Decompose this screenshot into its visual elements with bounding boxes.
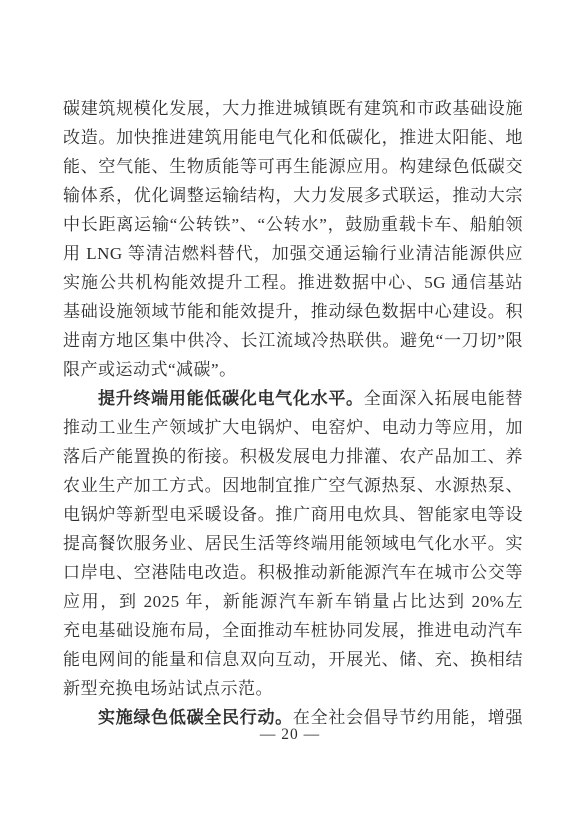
text-line: 提高餐饮服务业、居民生活等终端用能领域电气化水平。实施港 bbox=[63, 529, 523, 558]
text-line: 落后产能置换的衔接。积极发展电力排灌、农产品加工、养殖等 bbox=[63, 442, 523, 471]
text-segment: 输体系，优化调整运输结构，大力发展多式联运，推动大宗货物 bbox=[63, 186, 523, 210]
text-line: 限产或运动式“减碳”。 bbox=[63, 355, 523, 384]
page-number: — 20 — bbox=[260, 726, 320, 743]
text-line: 中长距离运输“公转铁”、“公转水”，鼓励重载卡车、船舶领域使 bbox=[63, 210, 523, 239]
text-segment: 应用，到 2025 年，新能源汽车新车销量占比达到 20%左右。优化 bbox=[63, 592, 523, 616]
text-segment: 进南方地区集中供冷、长江流域冷热联供。避免“一刀切”限电 bbox=[63, 331, 523, 355]
text-segment: 限产或运动式“减碳”。 bbox=[63, 360, 237, 379]
paragraph: 提升终端用能低碳化电气化水平。全面深入拓展电能替代，推动工业生产领域扩大电锅炉、… bbox=[63, 384, 523, 703]
text-segment: 中长距离运输“公转铁”、“公转水”，鼓励重载卡车、船舶领域使 bbox=[63, 215, 523, 239]
text-segment: 能、空气能、生物质能等可再生能源应用。构建绿色低碳交通运 bbox=[63, 157, 523, 181]
text-segment: 碳建筑规模化发展，大力推进城镇既有建筑和市政基础设施节能 bbox=[63, 99, 523, 123]
text-segment: 能电网间的能量和信息双向互动，开展光、储、充、换相结合的 bbox=[63, 650, 523, 674]
text-segment: 改造。加快推进建筑用能电气化和低碳化，推进太阳能、地热 bbox=[63, 128, 523, 152]
text-segment: 实施公共机构能效提升工程。推进数据中心、5G 通信基站等新型 bbox=[63, 273, 523, 297]
text-segment: 新型充换电场站试点示范。 bbox=[63, 679, 273, 698]
text-segment: 农业生产加工方式。因地制宜推广空气源热泵、水源热泵、蓄热 bbox=[63, 476, 523, 500]
text-line: 基础设施领域节能和能效提升，推动绿色数据中心建设。积极推 bbox=[63, 297, 523, 326]
text-segment: 落后产能置换的衔接。积极发展电力排灌、农产品加工、养殖等 bbox=[63, 447, 523, 471]
text-line: 实施公共机构能效提升工程。推进数据中心、5G 通信基站等新型 bbox=[63, 268, 523, 297]
text-segment: 电锅炉等新型电采暖设备。推广商用电炊具、智能家电等设施， bbox=[63, 505, 523, 529]
text-segment: 充电基础设施布局，全面推动车桩协同发展，推进电动汽车与智 bbox=[63, 621, 523, 645]
text-line: 口岸电、空港陆电改造。积极推动新能源汽车在城市公交等领域 bbox=[63, 558, 523, 587]
document-page: 碳建筑规模化发展，大力推进城镇既有建筑和市政基础设施节能改造。加快推进建筑用能电… bbox=[0, 0, 580, 820]
text-line: 改造。加快推进建筑用能电气化和低碳化，推进太阳能、地热 bbox=[63, 123, 523, 152]
text-line: 应用，到 2025 年，新能源汽车新车销量占比达到 20%左右。优化 bbox=[63, 587, 523, 616]
document-body: 碳建筑规模化发展，大力推进城镇既有建筑和市政基础设施节能改造。加快推进建筑用能电… bbox=[63, 94, 523, 732]
bold-lead: 提升终端用能低碳化电气化水平。 bbox=[98, 389, 364, 408]
text-line: 碳建筑规模化发展，大力推进城镇既有建筑和市政基础设施节能 bbox=[63, 94, 523, 123]
text-line: 能、空气能、生物质能等可再生能源应用。构建绿色低碳交通运 bbox=[63, 152, 523, 181]
text-line: 提升终端用能低碳化电气化水平。全面深入拓展电能替代， bbox=[63, 384, 523, 413]
text-line: 能电网间的能量和信息双向互动，开展光、储、充、换相结合的 bbox=[63, 645, 523, 674]
text-line: 输体系，优化调整运输结构，大力发展多式联运，推动大宗货物 bbox=[63, 181, 523, 210]
page-number-footer: — 20 — bbox=[0, 726, 580, 744]
text-line: 用 LNG 等清洁燃料替代，加强交通运输行业清洁能源供应保障。 bbox=[63, 239, 523, 268]
text-segment: 基础设施领域节能和能效提升，推动绿色数据中心建设。积极推 bbox=[63, 302, 523, 326]
text-line: 推动工业生产领域扩大电锅炉、电窑炉、电动力等应用，加强与 bbox=[63, 413, 523, 442]
text-line: 新型充换电场站试点示范。 bbox=[63, 674, 523, 703]
bold-lead: 实施绿色低碳全民行动。 bbox=[98, 708, 293, 727]
text-line: 进南方地区集中供冷、长江流域冷热联供。避免“一刀切”限电 bbox=[63, 326, 523, 355]
text-segment: 口岸电、空港陆电改造。积极推动新能源汽车在城市公交等领域 bbox=[63, 563, 523, 587]
text-line: 电锅炉等新型电采暖设备。推广商用电炊具、智能家电等设施， bbox=[63, 500, 523, 529]
text-line: 充电基础设施布局，全面推动车桩协同发展，推进电动汽车与智 bbox=[63, 616, 523, 645]
text-segment: 推动工业生产领域扩大电锅炉、电窑炉、电动力等应用，加强与 bbox=[63, 418, 523, 442]
text-segment: 用 LNG 等清洁燃料替代，加强交通运输行业清洁能源供应保障。 bbox=[63, 244, 523, 268]
text-segment: 提高餐饮服务业、居民生活等终端用能领域电气化水平。实施港 bbox=[63, 534, 523, 558]
paragraph: 碳建筑规模化发展，大力推进城镇既有建筑和市政基础设施节能改造。加快推进建筑用能电… bbox=[63, 94, 523, 384]
text-line: 农业生产加工方式。因地制宜推广空气源热泵、水源热泵、蓄热 bbox=[63, 471, 523, 500]
